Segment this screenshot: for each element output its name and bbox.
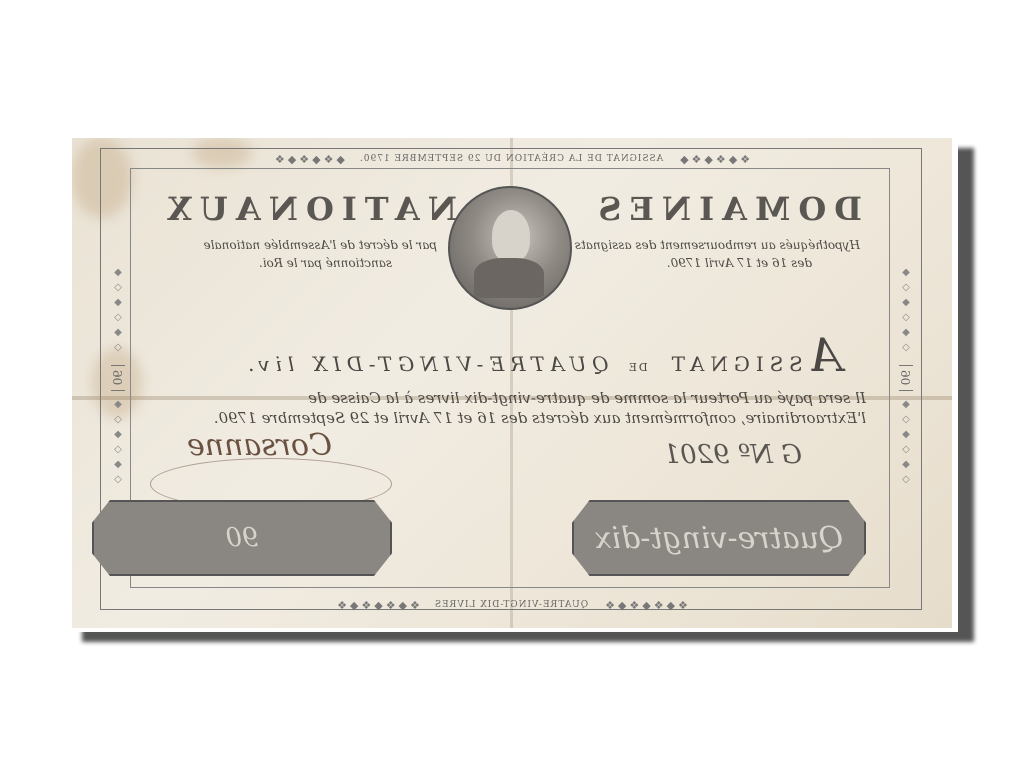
bottom-band: ❖◆❖◆❖◆❖ QUATRE-VINGT-DIX LIVRES ❖◆❖◆❖◆❖ [132, 596, 890, 614]
cartouche-value: 90 [92, 500, 392, 576]
top-band: ❖◆❖◆❖◆ ASSIGNAT DE LA CRÉATION DU 29 SEP… [132, 150, 890, 168]
header-domaines: DOMAINES [590, 190, 862, 228]
assignat-word: SSIGNAT [666, 352, 803, 376]
assignat-de: DE [627, 361, 648, 374]
assignat-initial: A [803, 328, 842, 382]
ornament: ◆◇◆◇◆◇ [113, 267, 124, 357]
series-letter: G [781, 440, 802, 470]
ornament: ❖◆❖◆❖◆ [677, 153, 750, 166]
promise-text: Il sera payé au Porteur la somme de quat… [146, 388, 866, 428]
ornament: ◆❖◆❖◆❖ [272, 153, 345, 166]
banknote: ❖◆❖◆❖◆ ASSIGNAT DE LA CRÉATION DU 29 SEP… [72, 138, 952, 628]
portrait-bust [474, 258, 544, 298]
side-value-left: 90 [899, 365, 913, 390]
mirrored-print: ❖◆❖◆❖◆ ASSIGNAT DE LA CRÉATION DU 29 SEP… [72, 138, 952, 628]
cartouche-script: Quatre-vingt-dix [572, 500, 866, 576]
bottom-band-text: QUATRE-VINGT-DIX LIVRES [434, 600, 588, 610]
serial-number: G Nº 9201 [664, 440, 802, 470]
ornament: ◆◇◆◇◆◇ [901, 267, 912, 357]
subtitle-left-2: des 16 et 17 Avril 1790. [667, 256, 812, 270]
ornament: ◆◇◆◇◆◇ [901, 399, 912, 489]
assignat-heading: ASSIGNATDEQUATRE-VINGT-DIX liv. [242, 328, 842, 382]
top-band-text: ASSIGNAT DE LA CRÉATION DU 29 SEPTEMBRE … [359, 154, 663, 164]
denomination-title: QUATRE-VINGT-DIX liv. [242, 352, 609, 376]
ornament: ❖◆❖◆❖◆❖ [602, 599, 688, 612]
ornament: ❖◆❖◆❖◆❖ [334, 599, 420, 612]
subtitle-right-1: par le décret de l'Assemblée nationale [204, 238, 437, 252]
side-value-right: 90 [111, 365, 125, 390]
subtitle-right-2: sanctionné par le Roi. [259, 256, 392, 270]
king-portrait-medallion [448, 186, 572, 310]
ornament: ◆◇◆◇◆◇ [113, 399, 124, 489]
subtitle-left-1: Hypothéqués au remboursement des assigna… [575, 238, 860, 252]
side-border-left: ◆◇◆◇◆◇ 90 ◆◇◆◇◆◇ [892, 168, 920, 588]
header-nationaux: NATIONAUX [159, 190, 457, 228]
promise-line-1: Il sera payé au Porteur la somme de quat… [146, 388, 866, 408]
portrait-head [492, 210, 530, 262]
promise-line-2: l'Extraordinaire, conformément aux décre… [146, 408, 866, 428]
serial-value: Nº 9201 [664, 440, 773, 470]
